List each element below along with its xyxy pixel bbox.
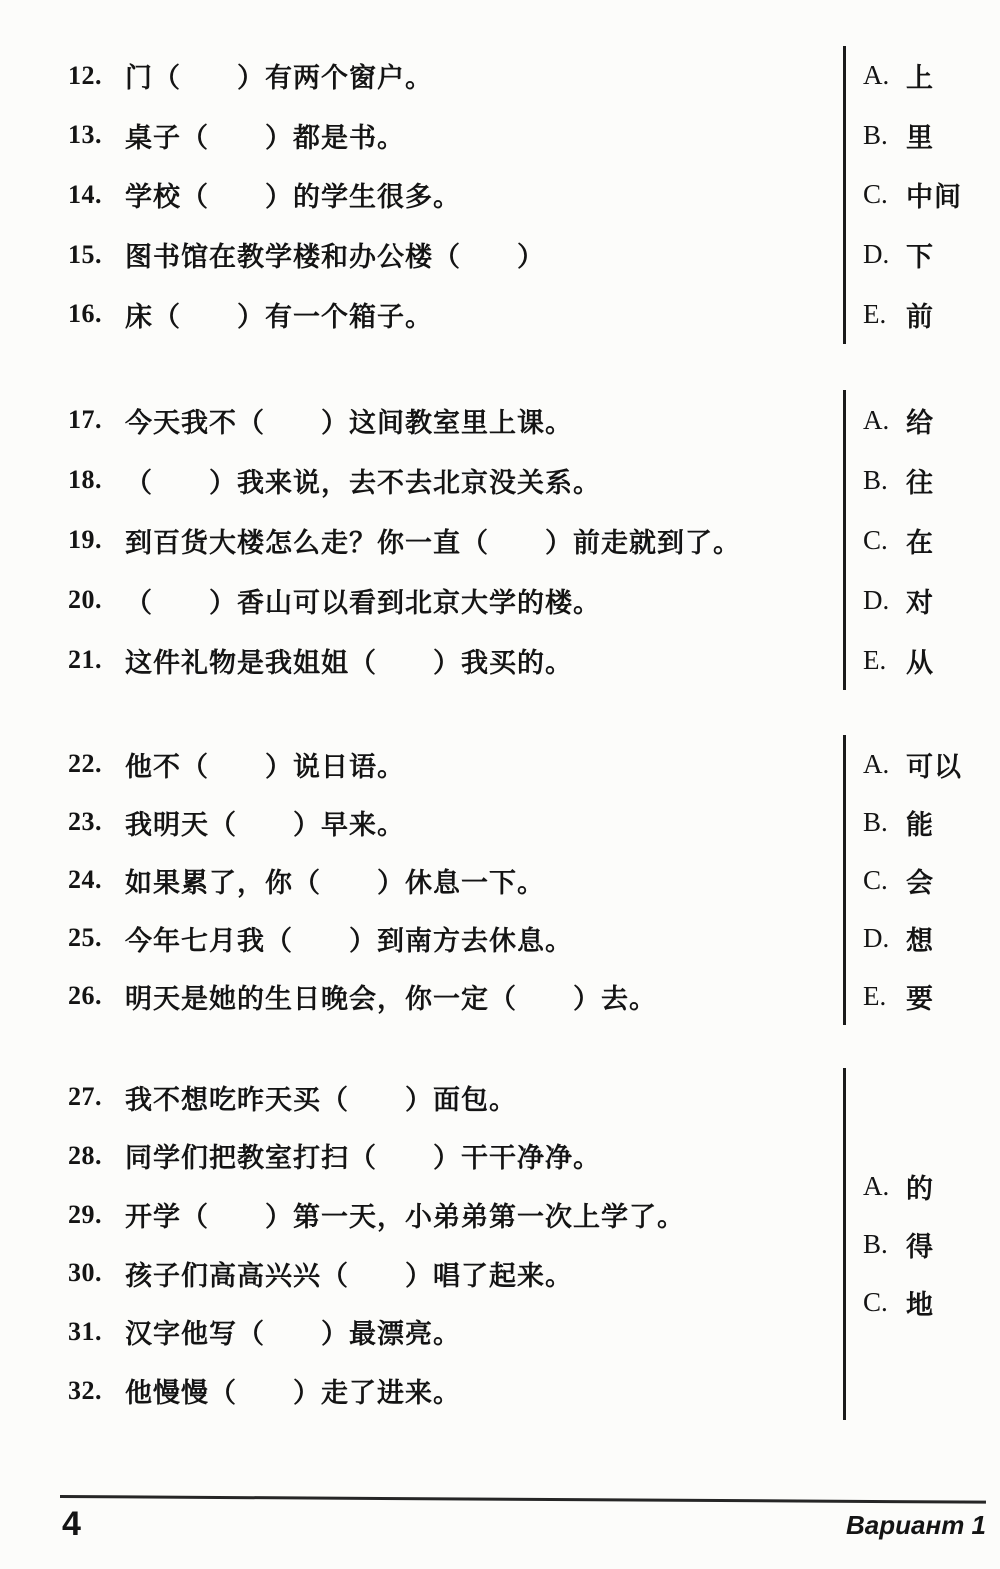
questions-column: 17. 今天我不（ ）这间教室里上课。 18. （ ）我来说，去不去北京没关系。… (68, 390, 833, 690)
question-text: 他慢慢（ ）走了进来。 (125, 1371, 461, 1410)
option-text: 可以 (906, 745, 962, 784)
question-number: 31. (68, 1317, 125, 1347)
question-text: 他不（ ）说日语。 (125, 745, 405, 784)
option-row: B. 得 (863, 1215, 1000, 1273)
question-text: 今年七月我（ ）到南方去休息。 (125, 919, 573, 958)
question-text: 今天我不（ ）这间教室里上课。 (125, 401, 573, 440)
question-number: 29. (68, 1200, 125, 1230)
question-text: 桌子（ ）都是书。 (125, 116, 405, 155)
option-row: D. 对 (863, 570, 1000, 630)
option-row: B. 往 (863, 450, 1000, 510)
question-row: 22. 他不（ ）说日语。 (68, 735, 833, 793)
question-row: 16. 床（ ）有一个箱子。 (68, 284, 833, 344)
question-group-2: 17. 今天我不（ ）这间教室里上课。 18. （ ）我来说，去不去北京没关系。… (0, 390, 1000, 690)
options-column: A. 可以 B. 能 C. 会 D. 想 E. 要 (843, 735, 1000, 1025)
option-letter: A. (863, 749, 906, 780)
questions-column: 12. 门（ ）有两个窗户。 13. 桌子（ ）都是书。 14. 学校（ ）的学… (68, 46, 833, 344)
option-text: 往 (906, 461, 934, 500)
question-text: 明天是她的生日晚会，你一定（ ）去。 (125, 977, 657, 1016)
question-number: 21. (68, 645, 125, 675)
question-text: 同学们把教室打扫（ ）干干净净。 (125, 1136, 601, 1175)
question-number: 20. (68, 585, 125, 615)
question-row: 15. 图书馆在教学楼和办公楼（ ） (68, 225, 833, 285)
question-row: 25. 今年七月我（ ）到南方去休息。 (68, 909, 833, 967)
question-row: 32. 他慢慢（ ）走了进来。 (68, 1361, 833, 1420)
question-number: 18. (68, 465, 125, 495)
option-text: 得 (906, 1225, 934, 1264)
option-text: 会 (906, 861, 934, 900)
variant-label: Вариант 1 (846, 1510, 986, 1541)
question-group-1: 12. 门（ ）有两个窗户。 13. 桌子（ ）都是书。 14. 学校（ ）的学… (0, 46, 1000, 344)
option-row: C. 地 (863, 1273, 1000, 1331)
question-text: 如果累了，你（ ）休息一下。 (125, 861, 545, 900)
question-number: 26. (68, 981, 125, 1011)
option-letter: A. (863, 405, 906, 436)
question-text: 学校（ ）的学生很多。 (125, 175, 461, 214)
question-text: 我明天（ ）早来。 (125, 803, 405, 842)
question-text: 这件礼物是我姐姐（ ）我买的。 (125, 641, 573, 680)
question-row: 21. 这件礼物是我姐姐（ ）我买的。 (68, 630, 833, 690)
question-text: 开学（ ）第一天，小弟弟第一次上学了。 (125, 1195, 685, 1234)
option-text: 想 (906, 919, 934, 958)
question-row: 28. 同学们把教室打扫（ ）干干净净。 (68, 1127, 833, 1186)
option-letter: E. (863, 299, 906, 330)
question-row: 29. 开学（ ）第一天，小弟弟第一次上学了。 (68, 1185, 833, 1244)
option-row: B. 里 (863, 106, 1000, 166)
option-letter: C. (863, 865, 906, 896)
question-text: （ ）我来说，去不去北京没关系。 (125, 461, 601, 500)
option-text: 中间 (906, 175, 962, 214)
question-text: 床（ ）有一个箱子。 (125, 295, 433, 334)
question-number: 13. (68, 120, 125, 150)
question-text: （ ）香山可以看到北京大学的楼。 (125, 581, 601, 620)
option-letter: C. (863, 179, 906, 210)
question-number: 28. (68, 1141, 125, 1171)
question-number: 16. (68, 299, 125, 329)
option-row: D. 想 (863, 909, 1000, 967)
question-row: 18. （ ）我来说，去不去北京没关系。 (68, 450, 833, 510)
question-row: 23. 我明天（ ）早来。 (68, 793, 833, 851)
option-text: 里 (906, 116, 934, 155)
option-row: C. 在 (863, 510, 1000, 570)
option-text: 的 (906, 1167, 934, 1206)
question-row: 20. （ ）香山可以看到北京大学的楼。 (68, 570, 833, 630)
question-row: 24. 如果累了，你（ ）休息一下。 (68, 851, 833, 909)
footer-rule (60, 1495, 986, 1504)
option-row: C. 中间 (863, 165, 1000, 225)
option-row: A. 上 (863, 46, 1000, 106)
option-text: 下 (906, 235, 934, 274)
question-row: 27. 我不想吃昨天买（ ）面包。 (68, 1068, 833, 1127)
question-text: 图书馆在教学楼和办公楼（ ） (125, 235, 545, 274)
question-text: 汉字他写（ ）最漂亮。 (125, 1312, 461, 1351)
questions-column: 22. 他不（ ）说日语。 23. 我明天（ ）早来。 24. 如果累了，你（ … (68, 735, 833, 1025)
options-column: A. 给 B. 往 C. 在 D. 对 E. 从 (843, 390, 1000, 690)
question-number: 24. (68, 865, 125, 895)
option-text: 给 (906, 401, 934, 440)
option-text: 上 (906, 56, 934, 95)
options-column: A. 的 B. 得 C. 地 (843, 1068, 1000, 1420)
question-row: 19. 到百货大楼怎么走？你一直（ ）前走就到了。 (68, 510, 833, 570)
option-text: 能 (906, 803, 934, 842)
question-row: 17. 今天我不（ ）这间教室里上课。 (68, 390, 833, 450)
question-number: 14. (68, 180, 125, 210)
question-number: 22. (68, 749, 125, 779)
question-number: 23. (68, 807, 125, 837)
question-row: 30. 孩子们高高兴兴（ ）唱了起来。 (68, 1244, 833, 1303)
question-row: 13. 桌子（ ）都是书。 (68, 106, 833, 166)
option-letter: E. (863, 645, 906, 676)
question-number: 17. (68, 405, 125, 435)
option-text: 前 (906, 295, 934, 334)
option-letter: D. (863, 239, 906, 270)
question-row: 26. 明天是她的生日晚会，你一定（ ）去。 (68, 967, 833, 1025)
option-row: B. 能 (863, 793, 1000, 851)
question-text: 孩子们高高兴兴（ ）唱了起来。 (125, 1254, 573, 1293)
option-letter: D. (863, 923, 906, 954)
option-letter: A. (863, 60, 906, 91)
question-text: 到百货大楼怎么走？你一直（ ）前走就到了。 (125, 521, 741, 560)
option-letter: C. (863, 1287, 906, 1318)
option-letter: A. (863, 1171, 906, 1202)
option-row: A. 的 (863, 1157, 1000, 1215)
option-letter: E. (863, 981, 906, 1012)
page-number: 4 (62, 1505, 81, 1544)
question-number: 12. (68, 61, 125, 91)
option-row: E. 前 (863, 284, 1000, 344)
option-row: A. 给 (863, 390, 1000, 450)
option-text: 对 (906, 581, 934, 620)
option-letter: B. (863, 465, 906, 496)
option-row: D. 下 (863, 225, 1000, 285)
option-row: E. 从 (863, 630, 1000, 690)
question-number: 30. (68, 1258, 125, 1288)
question-number: 27. (68, 1082, 125, 1112)
question-row: 31. 汉字他写（ ）最漂亮。 (68, 1303, 833, 1362)
question-number: 32. (68, 1376, 125, 1406)
option-row: A. 可以 (863, 735, 1000, 793)
question-text: 我不想吃昨天买（ ）面包。 (125, 1078, 517, 1117)
exam-page: { "groups": [ { "questions": [ {"num": "… (0, 0, 1000, 1569)
option-row: C. 会 (863, 851, 1000, 909)
option-row: E. 要 (863, 967, 1000, 1025)
question-text: 门（ ）有两个窗户。 (125, 56, 433, 95)
option-text: 在 (906, 521, 934, 560)
option-text: 从 (906, 641, 934, 680)
option-letter: D. (863, 585, 906, 616)
option-letter: B. (863, 807, 906, 838)
question-number: 19. (68, 525, 125, 555)
question-number: 15. (68, 240, 125, 270)
questions-column: 27. 我不想吃昨天买（ ）面包。 28. 同学们把教室打扫（ ）干干净净。 2… (68, 1068, 833, 1420)
option-letter: B. (863, 120, 906, 151)
option-letter: B. (863, 1229, 906, 1260)
question-row: 14. 学校（ ）的学生很多。 (68, 165, 833, 225)
options-column: A. 上 B. 里 C. 中间 D. 下 E. 前 (843, 46, 1000, 344)
question-group-3: 22. 他不（ ）说日语。 23. 我明天（ ）早来。 24. 如果累了，你（ … (0, 735, 1000, 1025)
option-text: 要 (906, 977, 934, 1016)
option-letter: C. (863, 525, 906, 556)
question-number: 25. (68, 923, 125, 953)
option-text: 地 (906, 1283, 934, 1322)
question-group-4: 27. 我不想吃昨天买（ ）面包。 28. 同学们把教室打扫（ ）干干净净。 2… (0, 1068, 1000, 1420)
question-row: 12. 门（ ）有两个窗户。 (68, 46, 833, 106)
